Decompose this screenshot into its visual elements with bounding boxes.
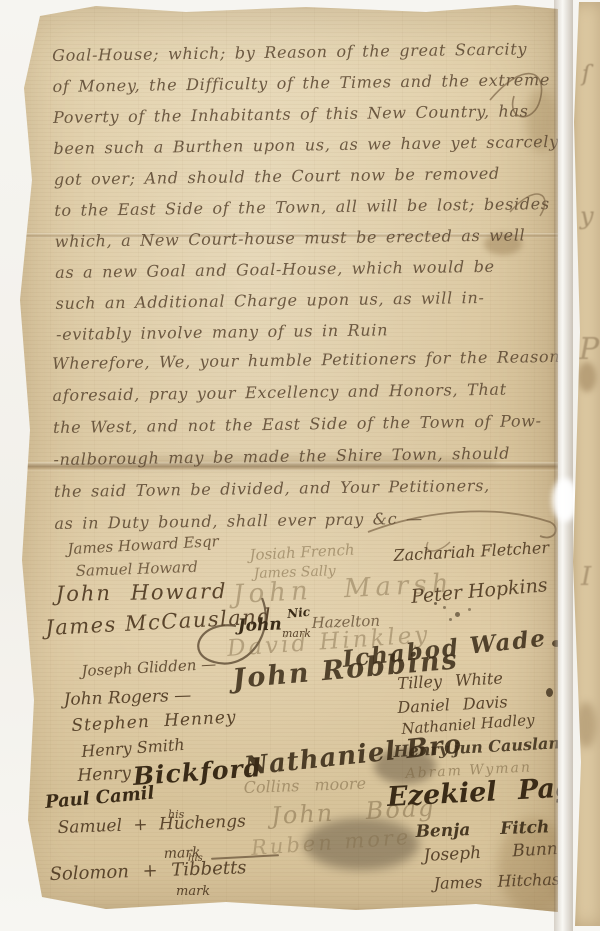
partial-writing-fragment: I (581, 562, 591, 592)
signature-peter-hopkins: Peter Hopkins (410, 574, 548, 608)
signature-james-sally: James Sally (253, 563, 335, 582)
book-spine-gap (554, 0, 573, 931)
signature-henry-smith: Henry Smith (81, 735, 186, 761)
ink-smudge (374, 748, 436, 784)
signature-john-boag: John Boag (271, 793, 437, 830)
signature-stephen-henney: Stephen Henney (71, 707, 237, 736)
signature-henry-bickford-given: Henry (77, 763, 132, 786)
signature-john-hazelton-given: John (237, 614, 282, 636)
signature-joseph-glidden: Joseph Glidden — (81, 655, 217, 680)
mark-word-label: mark (176, 884, 210, 899)
signature-nathaniel-bro: Nathaniel Bro (243, 729, 464, 782)
signature-john-marsh: John Marsh (232, 569, 454, 610)
partial-writing-fragment: ſ (582, 62, 590, 87)
partial-writing-fragment: P (579, 332, 599, 367)
signature-solomon-tibbetts-mark: Solomon + Tibbetts (49, 857, 247, 885)
signature-josiah-french: Josiah French (249, 541, 355, 564)
signature-collins-moore: Collins moore (243, 774, 366, 797)
signature-ruben-more: Ruben more (250, 825, 412, 860)
signature-john-howard: John Howard (56, 579, 228, 606)
signature-abram-wyman: Abram Wyman (405, 759, 532, 782)
signature-ichabod-wade: Ichabod Wade (341, 625, 548, 673)
signature-nathaniel-hadley: Nathaniel Hadley (401, 711, 535, 738)
petition-paragraph-2: Wherefore, We, your humble Petitioners f… (52, 347, 572, 546)
pen-flourish (166, 592, 286, 676)
signature-henry-bickford-surname: Bickford (132, 753, 263, 791)
mark-word-label: mark (163, 845, 200, 862)
signature-henry-jun-causland: Henry jun Causland (393, 733, 572, 761)
signature-john-hazelton-surname: Hazelton (311, 612, 380, 632)
signature-john-rogers: John Rogers — (63, 686, 191, 710)
petition-paragraph-1: Goal-House; which; by Reason of the grea… (52, 39, 562, 356)
partial-writing-fragment: y (580, 202, 594, 230)
signature-daniel-davis: Daniel Davis (397, 692, 508, 717)
signature-tilley-white: Tilley White (397, 669, 503, 693)
mark-his-label: his (168, 808, 184, 821)
spine-highlight (552, 478, 578, 522)
ink-spatter (434, 602, 437, 605)
signature-paul-camil: Paul Camil (44, 783, 155, 813)
mark-word-label: mark (282, 627, 311, 640)
stain (576, 702, 596, 748)
signature-james-mccausland: James McCausland (45, 604, 273, 640)
signature-samuel-huchengs-mark: Samuel + Huchengs (57, 811, 246, 838)
mark-nic-label: Nic (287, 605, 311, 621)
signature-john-robbins: John Robbins (231, 644, 460, 695)
adjacent-page-edge: ſ y P I (570, 2, 600, 926)
signature-joseph-bunns: Joseph Bunns (423, 839, 567, 866)
pen-dash (211, 854, 279, 860)
ink-smudge (304, 818, 419, 870)
signature-samuel-howard: Samuel Howard (75, 558, 198, 580)
signature-david-hinkley: David Hinkley (226, 622, 431, 662)
signature-zachariah-fletcher: Zachariah Fletcher (393, 538, 549, 565)
mark-his-label: his (188, 853, 203, 864)
manuscript-page: Goal-House; which; by Reason of the grea… (6, 0, 558, 912)
signature-benja-fitch: Benja Fitch (415, 817, 549, 842)
ink-blot (546, 688, 553, 697)
petition-line: as in Duty bound, shall ever pray &c — (54, 507, 572, 546)
stain (578, 362, 596, 392)
